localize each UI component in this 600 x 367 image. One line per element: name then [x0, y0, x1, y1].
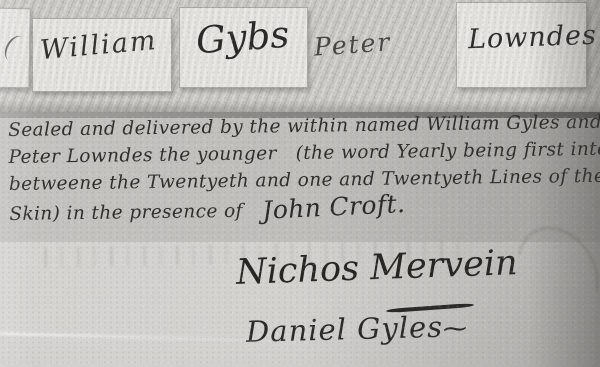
- manuscript-photo: William Gybs Peter Lowndes Sealed and de…: [0, 0, 600, 367]
- signature-peter: Peter: [313, 27, 392, 61]
- attestation-line-4-text: Skin) in the presence of: [9, 198, 243, 228]
- attestation-band: Sealed and delivered by the within named…: [0, 112, 600, 242]
- signature-daniel-gyles-text: Daniel Gyles: [246, 310, 444, 349]
- ink-mark: [0, 32, 31, 66]
- signature-area-band: Nichos Mervein Daniel Gyles⁓: [0, 242, 600, 367]
- signature-lowndes: Lowndes: [467, 20, 597, 55]
- seal-tag-edge: [0, 8, 31, 89]
- signature-gybs: Gybs: [195, 13, 291, 62]
- signature-flourish-tail: ⁓: [443, 314, 468, 343]
- attestation-text: Sealed and delivered by the within named…: [8, 108, 600, 228]
- parchment-top-band: William Gybs Peter Lowndes: [0, 0, 600, 112]
- signature-nichos-mervein: Nichos Mervein: [235, 243, 518, 293]
- signature-daniel-gyles: Daniel Gyles⁓: [246, 309, 468, 349]
- witness-name-john-croft: John Croft.: [262, 190, 406, 224]
